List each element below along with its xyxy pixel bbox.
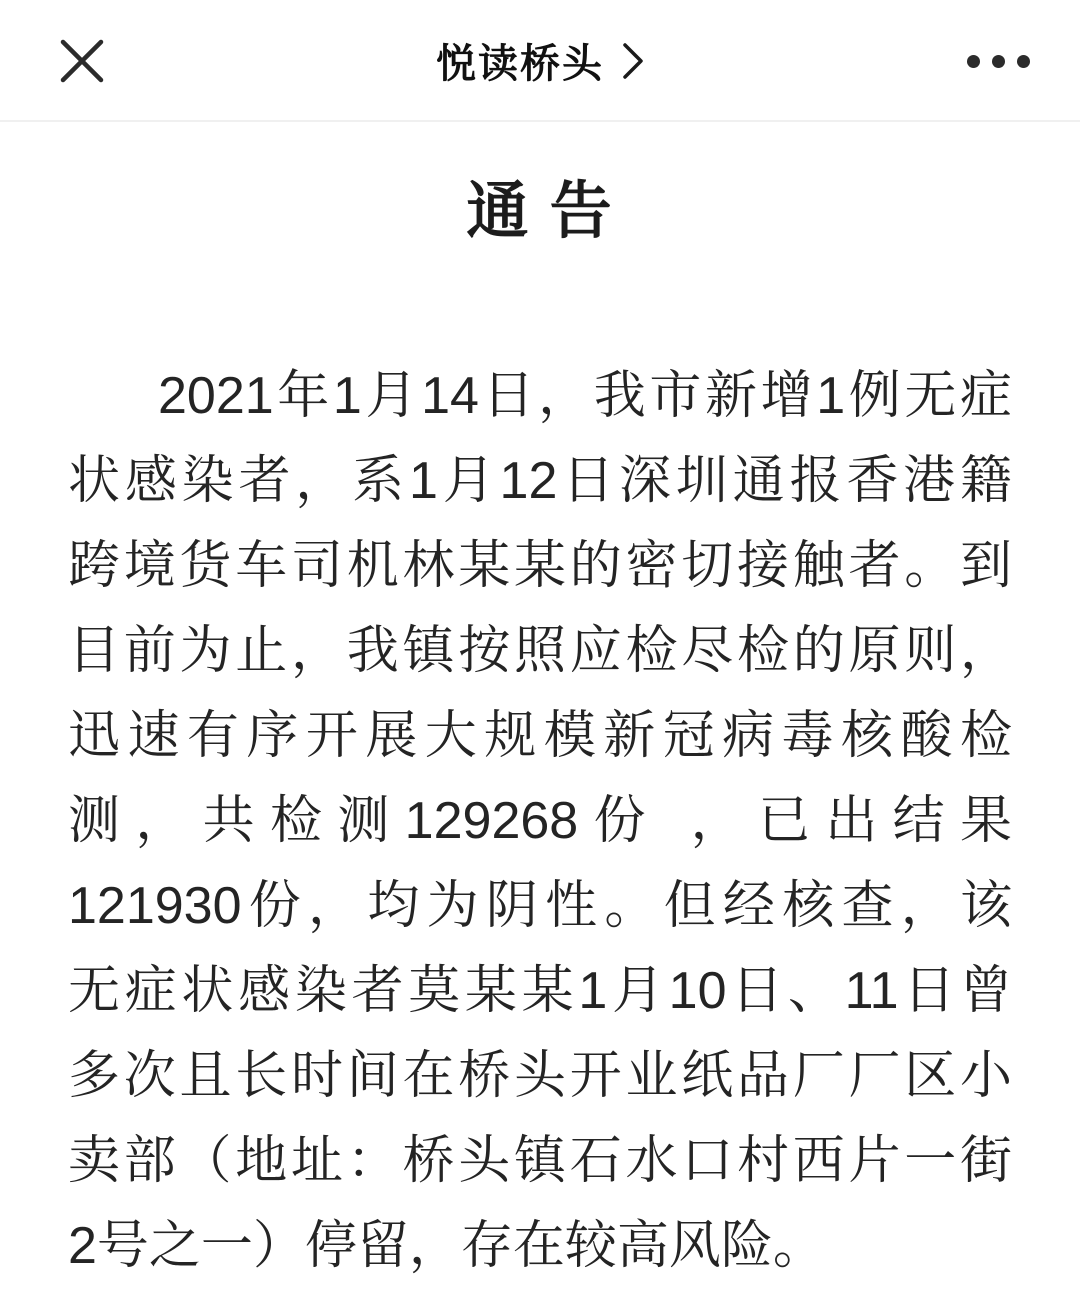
article-title: 通 告 (68, 166, 1012, 258)
body-line: 卖部（地址：桥头镇石水口村西片一街 (68, 1119, 1012, 1204)
close-icon (58, 37, 106, 85)
body-line: 测，共检测129268份 ，已出结果 (68, 779, 1012, 864)
body-line: 2021年1月14日，我市新增1例无症 (68, 354, 1012, 439)
more-icon (992, 55, 1005, 68)
body-line: 多次且长时间在桥头开业纸品厂厂区小 (68, 1034, 1012, 1119)
account-title-link[interactable]: 悦读桥头 (330, 0, 750, 120)
body-line: 跨境货车司机林某某的密切接触者。到 (68, 524, 1012, 609)
body-line: 2号之一）停留，存在较高风险。 (68, 1204, 1012, 1289)
body-line: 121930份，均为阴性。但经核查，该 (68, 864, 1012, 949)
more-icon (967, 55, 980, 68)
close-button[interactable] (52, 30, 112, 92)
account-title: 悦读桥头 (436, 32, 604, 89)
body-line: 迅速有序开展大规模新冠病毒核酸检 (68, 694, 1012, 779)
body-line: 状感染者，系1月12日深圳通报香港籍 (68, 439, 1012, 524)
article-body: 2021年1月14日，我市新增1例无症状感染者，系1月12日深圳通报香港籍跨境货… (68, 354, 1012, 1289)
article-content: 通 告 2021年1月14日，我市新增1例无症状感染者，系1月12日深圳通报香港… (0, 166, 1080, 1289)
body-line: 无症状感染者莫某某1月10日、11日曾 (68, 949, 1012, 1034)
wechat-article-header: 悦读桥头 (0, 0, 1080, 122)
body-line: 目前为止，我镇按照应检尽检的原则， (68, 609, 1012, 694)
more-menu-button[interactable] (952, 36, 1044, 86)
more-icon (1017, 55, 1030, 68)
chevron-right-icon (622, 39, 644, 81)
